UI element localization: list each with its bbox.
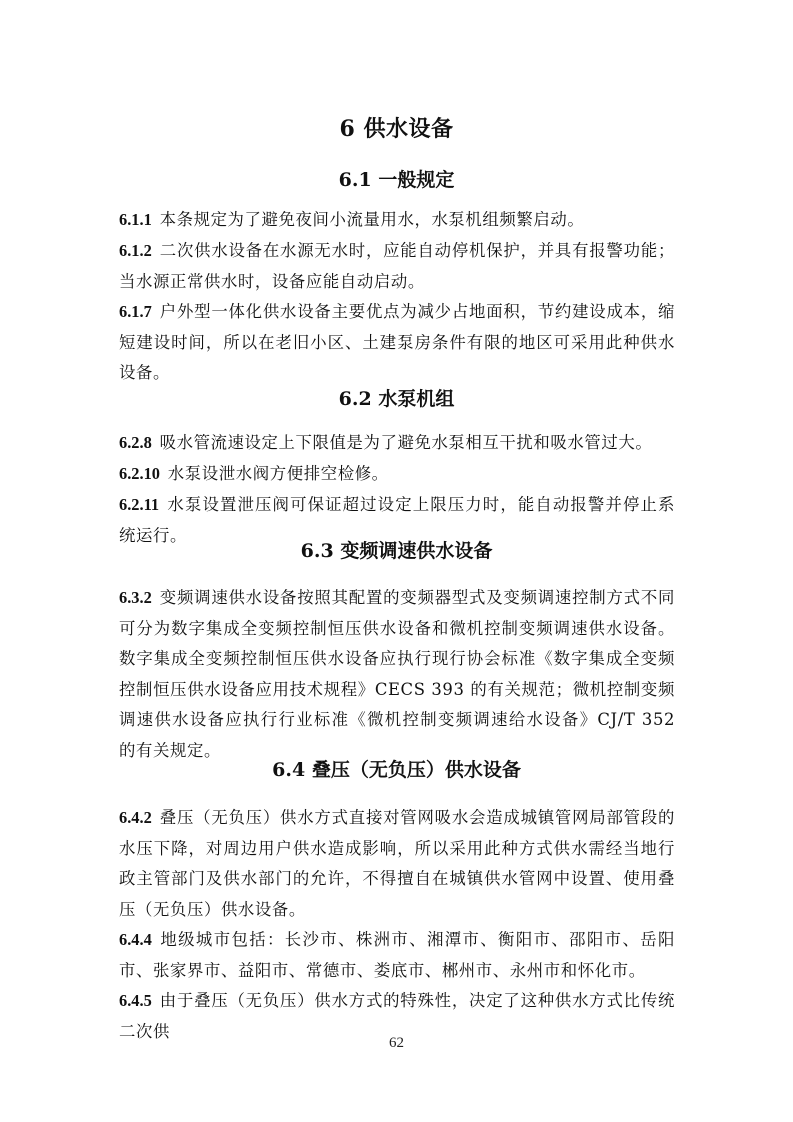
chapter-title: 6 供水设备: [0, 114, 793, 144]
page-number: 62: [0, 1035, 793, 1052]
clause-6-2-10: 6.2.10 水泵设泄水阀方便排空检修。: [119, 459, 675, 490]
clause-number: 6.2.10: [119, 464, 160, 483]
clause-text: 吸水管流速设定上下限值是为了避免水泵相互干扰和吸水管过大。: [160, 433, 653, 452]
clause-number: 6.1.1: [119, 210, 152, 229]
section-title-6-2: 6.2 水泵机组: [0, 385, 793, 413]
clause-number: 6.3.2: [119, 588, 152, 607]
clause-6-1-1: 6.1.1 本条规定为了避免夜间小流量用水，水泵机组频繁启动。: [119, 205, 675, 236]
clause-text: 水泵设泄水阀方便排空检修。: [168, 464, 389, 483]
clause-6-1-7: 6.1.7 户外型一体化供水设备主要优点为减少占地面积，节约建设成本，缩短建设时…: [119, 297, 675, 389]
clause-text: 户外型一体化供水设备主要优点为减少占地面积，节约建设成本，缩短建设时间，所以在老…: [119, 302, 675, 382]
clause-6-3-2: 6.3.2 变频调速供水设备按照其配置的变频器型式及变频调速控制方式不同可分为数…: [119, 583, 675, 766]
clause-6-2-8: 6.2.8 吸水管流速设定上下限值是为了避免水泵相互干扰和吸水管过大。: [119, 428, 675, 459]
clause-number: 6.1.2: [119, 241, 152, 260]
clause-6-4-2: 6.4.2 叠压（无负压）供水方式直接对管网吸水会造成城镇管网局部管段的水压下降…: [119, 803, 675, 925]
clause-number: 6.4.5: [119, 991, 152, 1010]
clause-text: 叠压（无负压）供水方式直接对管网吸水会造成城镇管网局部管段的水压下降，对周边用户…: [119, 808, 675, 919]
clause-text: 地级城市包括：长沙市、株洲市、湘潭市、衡阳市、邵阳市、岳阳市、张家界市、益阳市、…: [119, 930, 675, 980]
clause-number: 6.2.8: [119, 433, 152, 452]
clause-6-4-4: 6.4.4 地级城市包括：长沙市、株洲市、湘潭市、衡阳市、邵阳市、岳阳市、张家界…: [119, 925, 675, 986]
section-title-6-4: 6.4 叠压（无负压）供水设备: [0, 756, 793, 784]
section-title-6-1: 6.1 一般规定: [0, 166, 793, 194]
clause-number: 6.2.11: [119, 495, 159, 514]
clause-text: 由于叠压（无负压）供水方式的特殊性，决定了这种供水方式比传统二次供: [119, 991, 675, 1041]
section-title-6-3: 6.3 变频调速供水设备: [0, 537, 793, 565]
clause-number: 6.4.4: [119, 930, 152, 949]
clause-6-1-2: 6.1.2 二次供水设备在水源无水时，应能自动停机保护，并具有报警功能；当水源正…: [119, 236, 675, 297]
clause-number: 6.1.7: [119, 302, 152, 321]
clause-text: 本条规定为了避免夜间小流量用水，水泵机组频繁启动。: [160, 210, 585, 229]
clause-text: 二次供水设备在水源无水时，应能自动停机保护，并具有报警功能；当水源正常供水时，设…: [119, 241, 675, 291]
clause-number: 6.4.2: [119, 808, 152, 827]
document-page: 6 供水设备 6.1 一般规定 6.1.1 本条规定为了避免夜间小流量用水，水泵…: [0, 0, 793, 1122]
clause-text: 变频调速供水设备按照其配置的变频器型式及变频调速控制方式不同可分为数字集成全变频…: [119, 588, 675, 760]
